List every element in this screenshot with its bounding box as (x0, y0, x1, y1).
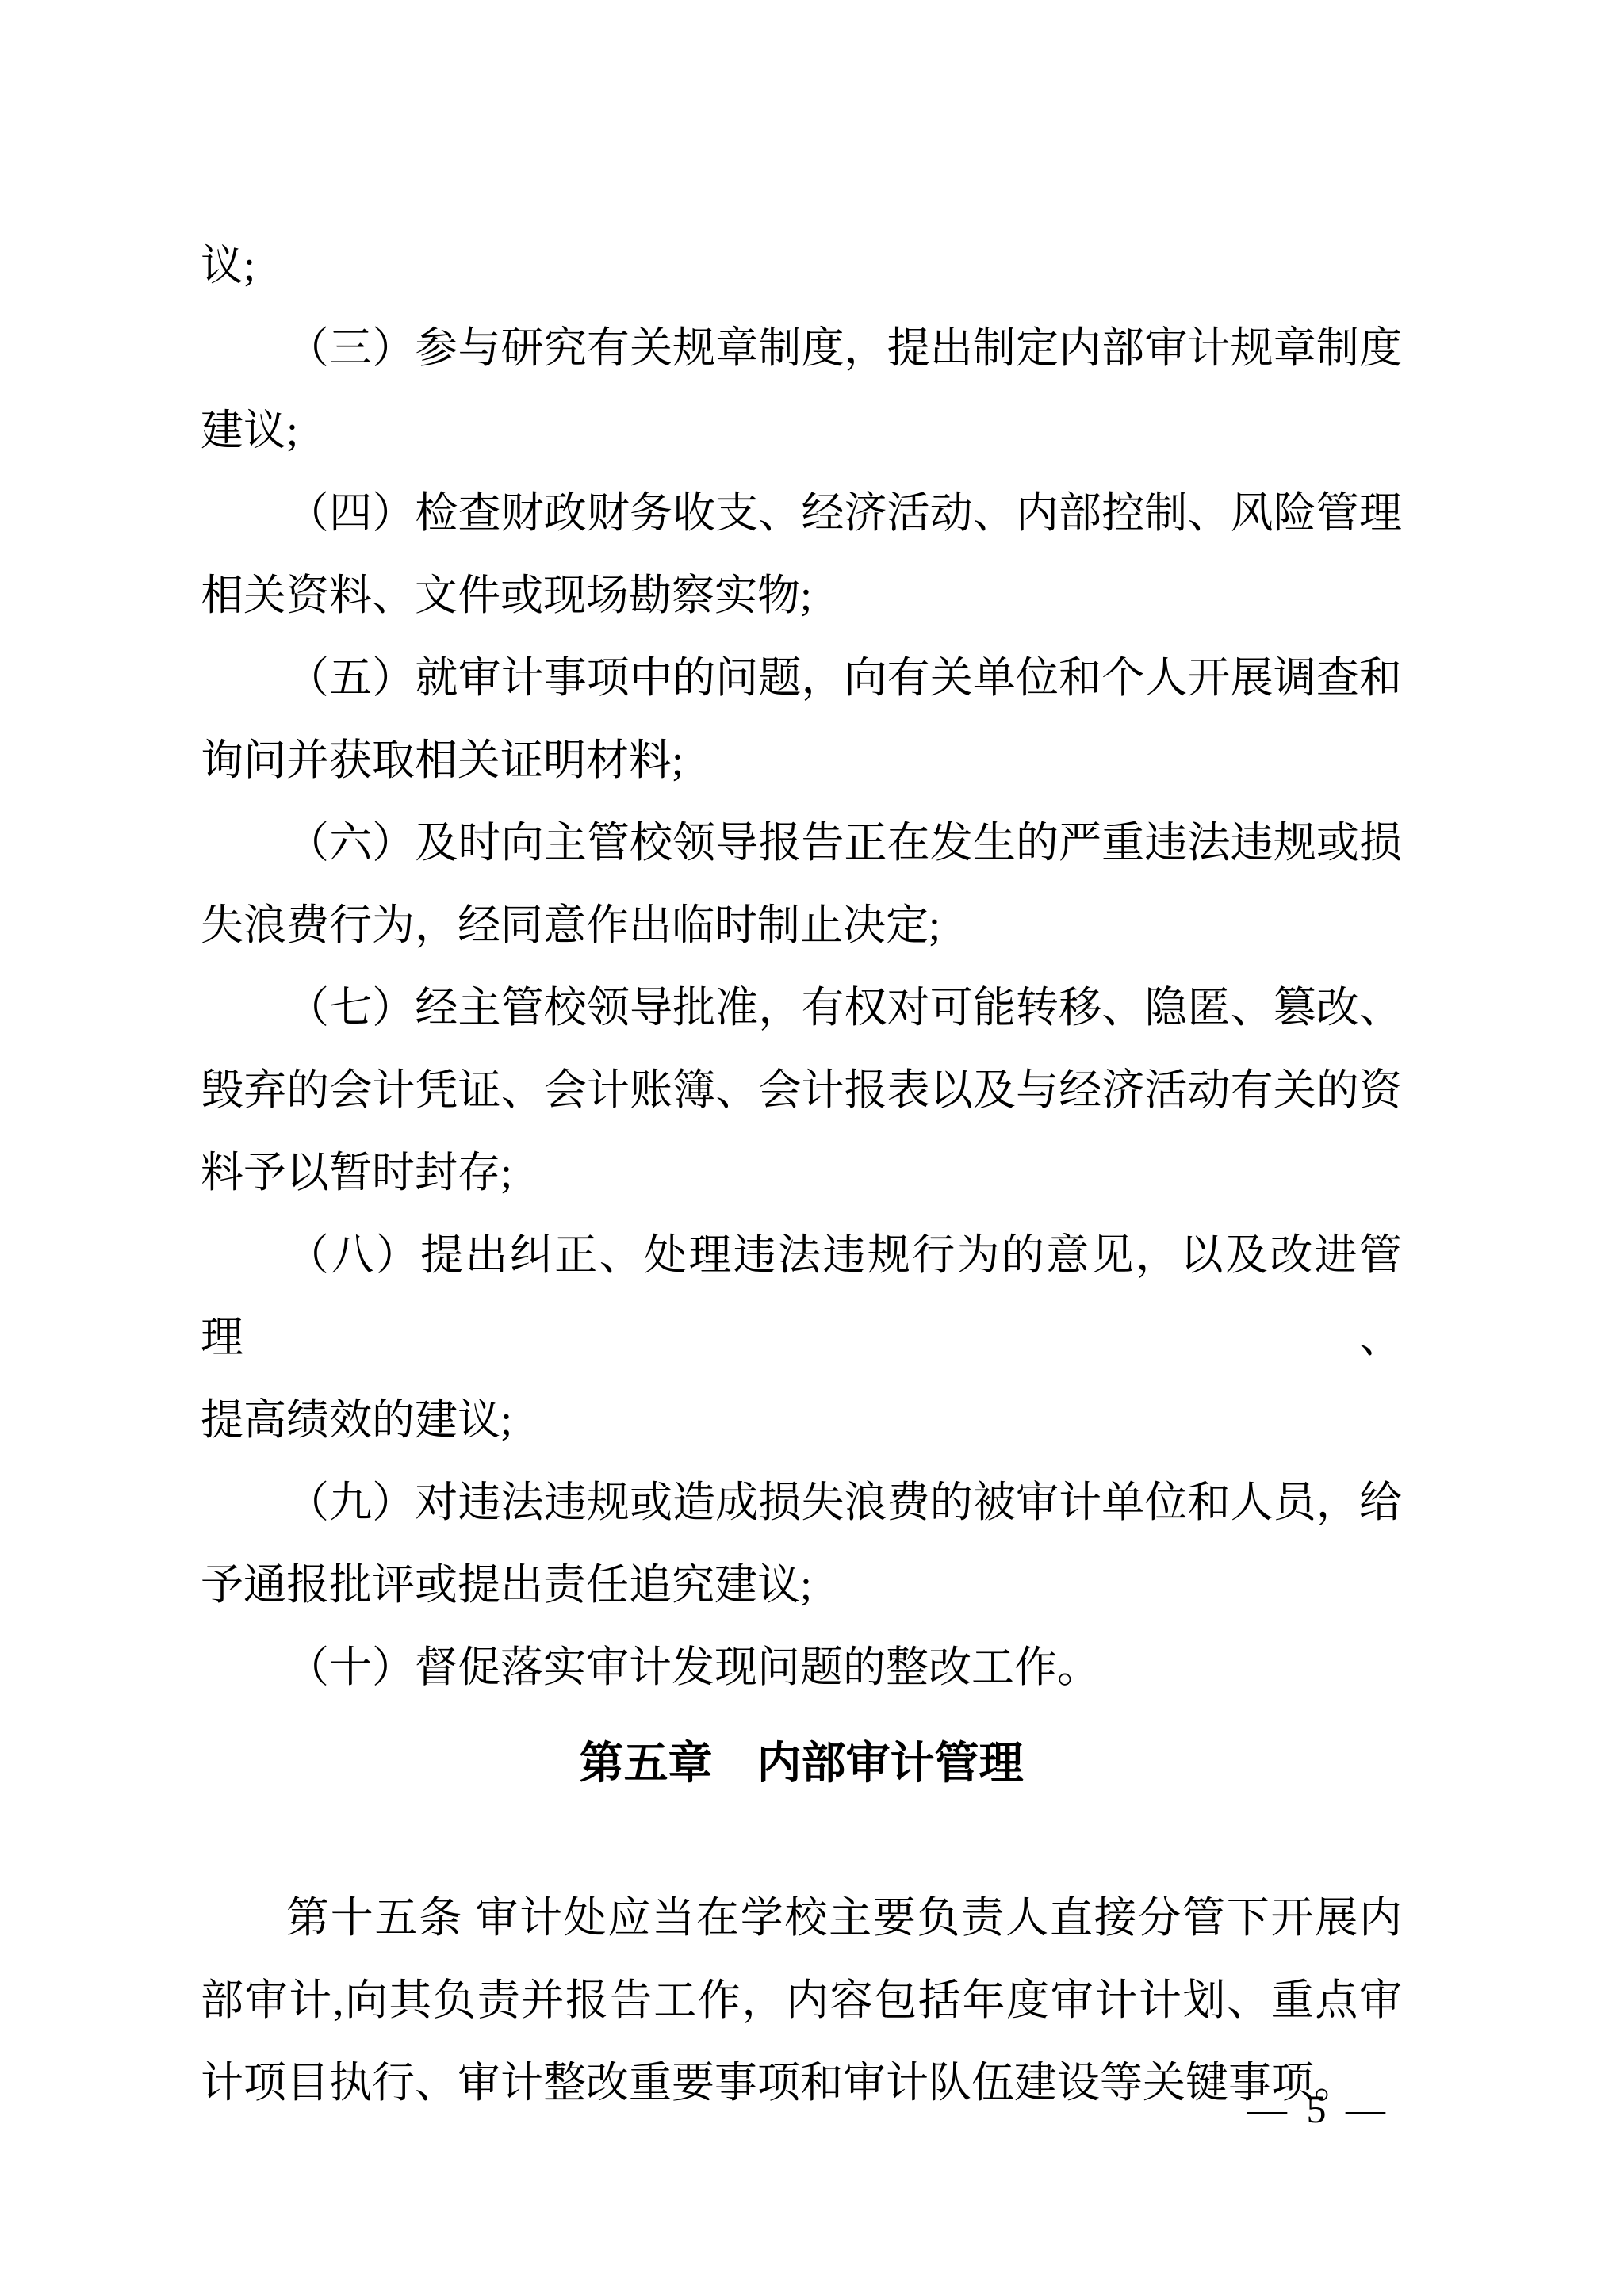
text-line: （六）及时向主管校领导报告正在发生的严重违法违规或损 (201, 802, 1402, 884)
text-line: 料予以暂时封存; (201, 1131, 1402, 1214)
text-line: 部审计,向其负责并报告工作，内容包括年度审计计划、重点审 (201, 1959, 1402, 2042)
text-line: 第十五条 审计处应当在学校主要负责人直接分管下开展内 (201, 1877, 1402, 1959)
document-page: 议; （三）参与研究有关规章制度，提出制定内部审计规章制度 建议; （四）检查财… (0, 0, 1624, 2296)
text-line: （七）经主管校领导批准，有权对可能转移、隐匿、篡改、 (201, 966, 1402, 1049)
text-line: 提高绩效的建议; (201, 1379, 1402, 1461)
chapter-heading: 第五章 内部审计管理 (201, 1722, 1402, 1804)
page-number: — 5 — (201, 2068, 1390, 2150)
text-line: 予通报批评或提出责任追究建议; (201, 1544, 1402, 1626)
text-line: （十）督促落实审计发现问题的整改工作。 (201, 1626, 1402, 1709)
text-line: （五）就审计事项中的问题，向有关单位和个人开展调查和 (201, 637, 1402, 719)
text-line: （四）检查财政财务收支、经济活动、内部控制、风险管理 (201, 472, 1402, 554)
text-line: 毁弃的会计凭证、会计账簿、会计报表以及与经济活动有关的资 (201, 1049, 1402, 1131)
document-body: 议; （三）参与研究有关规章制度，提出制定内部审计规章制度 建议; （四）检查财… (201, 224, 1402, 2124)
text-line: （三）参与研究有关规章制度，提出制定内部审计规章制度 (201, 307, 1402, 389)
text-line: 失浪费行为，经同意作出临时制止决定; (201, 884, 1402, 966)
text-line: 相关资料、文件或现场勘察实物; (201, 554, 1402, 637)
text-line: （八）提出纠正、处理违法违规行为的意见，以及改进管理、 (201, 1214, 1402, 1379)
text-line: 议; (201, 224, 1402, 307)
text-line: 建议; (201, 389, 1402, 472)
text-line: 询问并获取相关证明材料; (201, 719, 1402, 802)
text-line: （九）对违法违规或造成损失浪费的被审计单位和人员，给 (201, 1461, 1402, 1544)
